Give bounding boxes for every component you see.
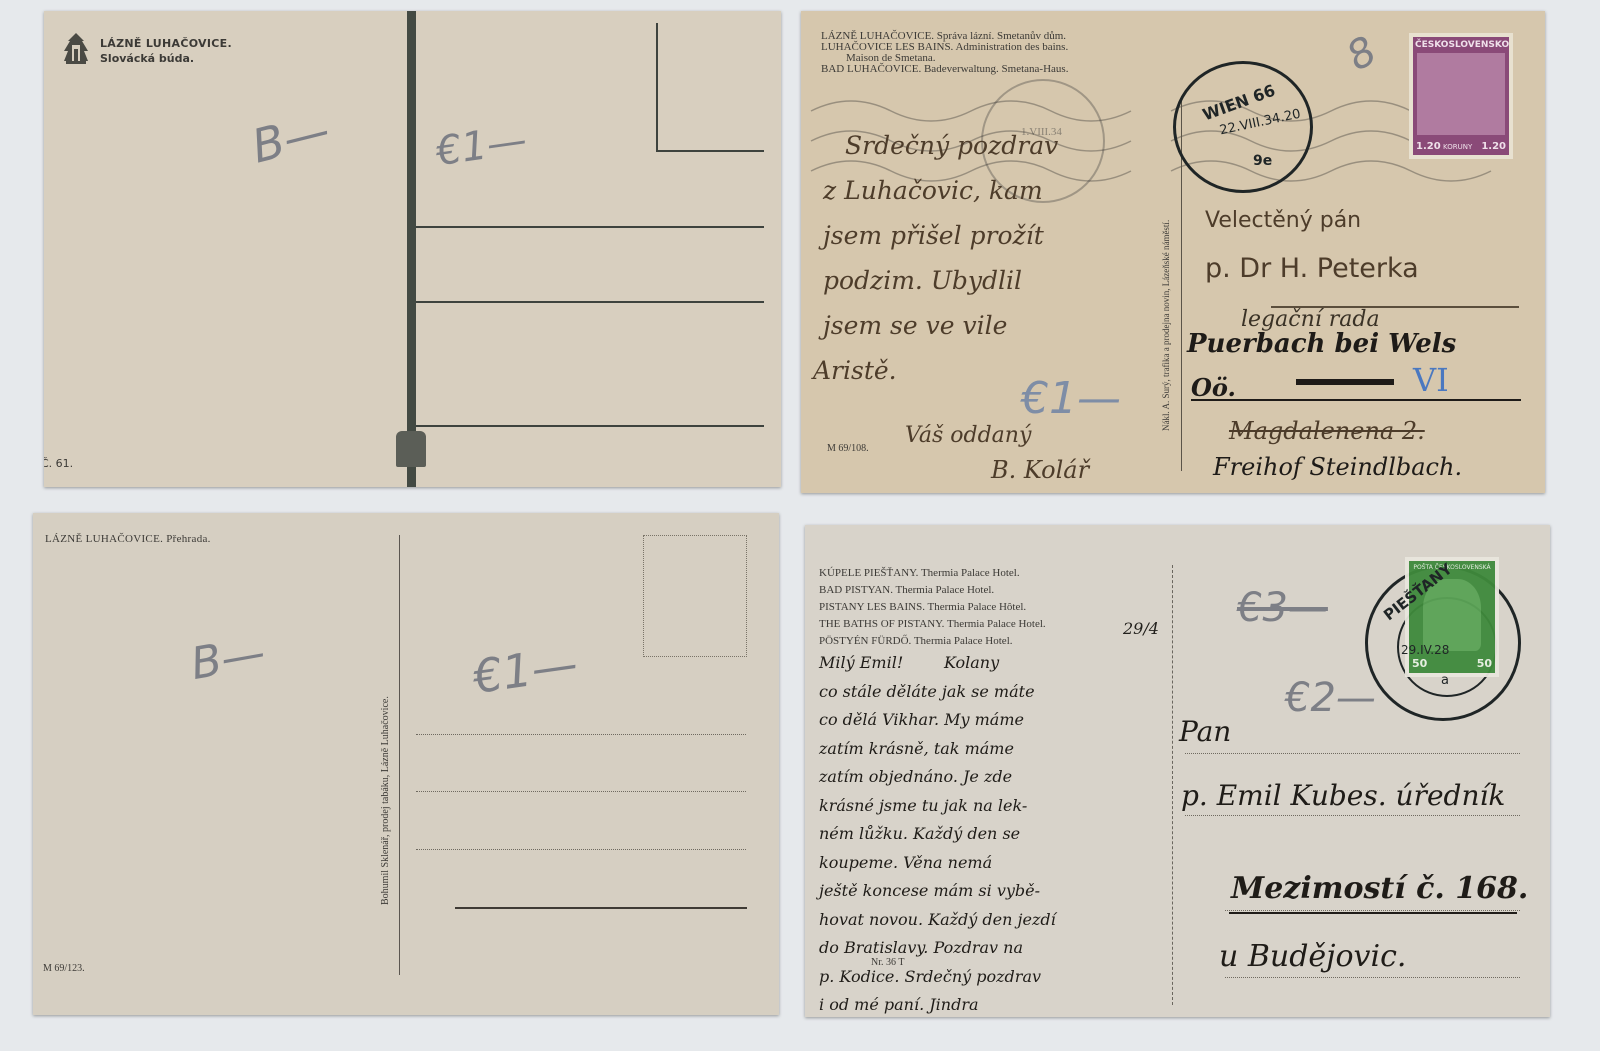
header-line: KÚPELE PIEŠŤANY. Thermia Palace Hotel.	[819, 565, 1046, 582]
message-line: Srdečný pozdrav	[823, 123, 1058, 168]
tree-monument-logo	[62, 31, 90, 65]
message-line: ještě koncese mám si vybě-	[819, 877, 1056, 906]
address-line	[1185, 753, 1520, 754]
header-line: BAD PISTYAN. Thermia Palace Hotel.	[819, 582, 1046, 599]
address-line: Oö.	[1191, 373, 1236, 402]
blue-crayon-mark: VI	[1413, 361, 1449, 399]
postage-stamp-1-20-koruny: ČESKOSLOVENSKO 1.20 KORUNY 1.20	[1409, 33, 1513, 159]
address-line: p. Emil Kubes. úředník	[1181, 779, 1505, 812]
address-line	[416, 791, 746, 792]
postmark-code: 9e	[1253, 153, 1272, 169]
catalog-number: Č. 61.	[44, 457, 73, 470]
message-line: p. Kodice. Srdečný pozdrav	[819, 963, 1056, 992]
handwritten-message: Srdečný pozdrav z Luhačovic, kam jsem př…	[823, 123, 1058, 393]
address-line	[1185, 815, 1520, 816]
address-line	[1225, 977, 1520, 978]
address-block: Velectěný pán p. Dr H. Peterka	[1205, 193, 1419, 297]
card-header: KÚPELE PIEŠŤANY. Thermia Palace Hotel. B…	[819, 565, 1046, 650]
message-line: jsem se ve vile	[823, 303, 1058, 348]
publisher-emblem	[396, 431, 426, 467]
price-note: €1—	[470, 636, 581, 704]
strikethrough	[1296, 379, 1394, 385]
stamp-box	[643, 535, 747, 657]
publisher-imprint: Bohumil Sklenář, prodej tabáku, Lázně Lu…	[380, 696, 391, 905]
address-line	[416, 849, 746, 850]
message-line: podzim. Ubydlil	[823, 258, 1058, 303]
address-line: Freihof Steindlbach.	[1213, 453, 1462, 481]
card-header: LÁZNĚ LUHAČOVICE. Správa lázní. Smetanův…	[821, 31, 1068, 75]
address-line	[416, 734, 746, 735]
address-line: u Budějovic.	[1219, 939, 1406, 974]
card-header-title: LÁZNĚ LUHAČOVICE.	[100, 37, 232, 50]
pencil-note: B—	[187, 627, 269, 690]
address-line	[455, 907, 747, 909]
stamp-box-corner	[656, 23, 764, 152]
catalog-number: M 69/123.	[43, 963, 85, 974]
stamp-currency: KORUNY	[1443, 143, 1472, 151]
address-line: p. Dr H. Peterka	[1205, 241, 1419, 297]
printer-mark: Nr. 36 T	[871, 957, 904, 968]
center-divider	[399, 535, 400, 975]
message-line: z Luhačovic, kam	[823, 168, 1058, 213]
pencil-note: B—	[247, 102, 335, 173]
catalog-number: M 69/108.	[827, 443, 869, 454]
message-line: co dělá Vikhar. My máme	[819, 706, 1056, 735]
message-line: koupeme. Věna nemá	[819, 849, 1056, 878]
address-line	[416, 226, 764, 228]
stamp-value: 1.20	[1481, 141, 1506, 152]
publisher-imprint: Nákl. A. Surý, trafika a prodejna novin,…	[1161, 220, 1171, 431]
stamp-value: 1.20	[1416, 141, 1441, 152]
message-closing: Váš oddaný	[905, 423, 1031, 448]
header-line: PÖSTYÉN FÜRDŐ. Thermia Palace Hotel.	[819, 633, 1046, 650]
header-line: THE BATHS OF PISTANY. Thermia Palace Hot…	[819, 616, 1046, 633]
message-line: Milý Emil! Kolany	[819, 649, 1056, 678]
stamp-value: 50	[1477, 657, 1492, 670]
address-line	[416, 301, 764, 303]
message-signature: B. Kolář	[991, 456, 1089, 484]
center-divider	[407, 11, 416, 487]
postcard-prehrada: LÁZNĚ LUHAČOVICE. Přehrada. B— Bohumil S…	[33, 513, 779, 1015]
address-line: Mezimostí č. 168.	[1231, 871, 1528, 906]
stamp-value: 50	[1412, 657, 1427, 670]
message-line: co stále děláte jak se máte	[819, 678, 1056, 707]
message-line: zatím objednáno. Je zde	[819, 763, 1056, 792]
message-line: krásné jsme tu jak na lek-	[819, 792, 1056, 821]
price-note: €1—	[1021, 373, 1121, 424]
center-divider	[1172, 565, 1173, 1005]
address-line	[416, 425, 764, 427]
address-underline	[1229, 912, 1517, 914]
message-line: hovat novou. Každý den jezdí	[819, 906, 1056, 935]
message-line: i od mé paní. Jindra	[819, 991, 1056, 1017]
message-line: zatím krásně, tak máme	[819, 735, 1056, 764]
postcard-slovacka-buda: LÁZNĚ LUHAČOVICE. Slovácká búda. B— €1— …	[44, 11, 781, 487]
message-line: jsem přišel prožít	[823, 213, 1058, 258]
card-header: LÁZNĚ LUHAČOVICE. Přehrada.	[45, 533, 211, 545]
postcard-smetanuv-dum: LÁZNĚ LUHAČOVICE. Správa lázní. Smetanův…	[801, 11, 1545, 493]
postmark-date: 29.IV.28	[1401, 643, 1449, 657]
message-line: ném lůžku. Každý den se	[819, 820, 1056, 849]
price-note: €2—	[1285, 675, 1376, 721]
address-line: Puerbach bei Wels	[1187, 329, 1456, 359]
address-line: Pan	[1179, 715, 1231, 748]
address-line	[1225, 910, 1520, 911]
address-line-struck: Magdalenena 2.	[1229, 417, 1425, 445]
price-note: €1—	[433, 117, 529, 175]
postcard-thermia-palace: KÚPELE PIEŠŤANY. Thermia Palace Hotel. B…	[805, 525, 1550, 1017]
message-line: do Bratislavy. Pozdrav na	[819, 934, 1056, 963]
date-note: 29/4	[1123, 619, 1159, 638]
address-rule	[1191, 399, 1521, 401]
stamp-country: ČESKOSLOVENSKO	[1415, 40, 1509, 50]
handwritten-message: Milý Emil! Kolany co stále děláte jak se…	[819, 649, 1056, 1017]
price-note-struck: €3—	[1237, 585, 1328, 631]
header-line: PISTANY LES BAINS. Thermia Palace Hôtel.	[819, 599, 1046, 616]
card-header-subtitle: Slovácká búda.	[100, 52, 194, 65]
postmark-code: a	[1441, 673, 1449, 688]
